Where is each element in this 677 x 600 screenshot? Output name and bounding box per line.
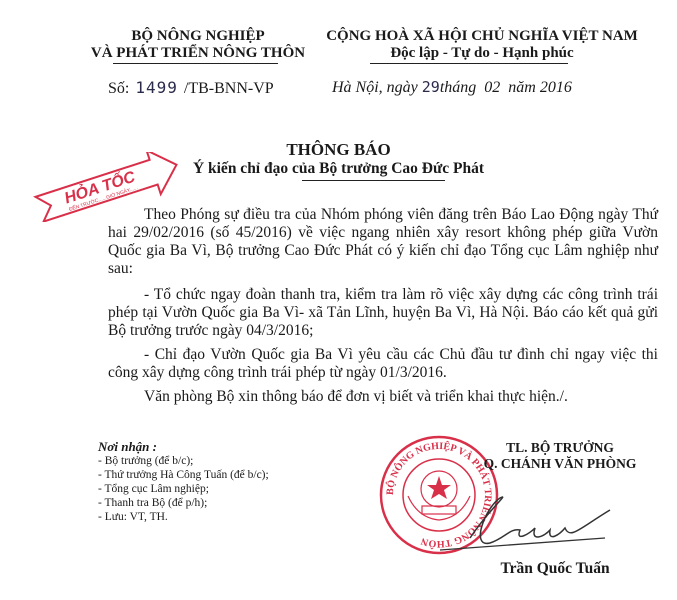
signer-block: TL. BỘ TRƯỞNG Q. CHÁNH VĂN PHÒNG xyxy=(450,440,670,472)
number-handwritten: 1499 xyxy=(135,78,178,97)
country-line-1: CỘNG HOÀ XÃ HỘI CHỦ NGHĨA VIỆT NAM xyxy=(312,28,652,45)
date-prefix: Hà Nội, ngày xyxy=(332,79,418,96)
date-suffix: tháng 02 năm 2016 xyxy=(440,79,572,96)
document-date: Hà Nội, ngày 29tháng 02 năm 2016 xyxy=(332,78,572,97)
signer-name: Trần Quốc Tuấn xyxy=(455,560,655,578)
document-number: Số:1499/TB-BNN-VP xyxy=(108,78,274,98)
signer-title-2: Q. CHÁNH VĂN PHÒNG xyxy=(450,456,670,472)
number-suffix: /TB-BNN-VP xyxy=(184,80,274,97)
recipients-heading: Nơi nhận : xyxy=(98,440,269,454)
recipient-item: - Bộ trưởng (để b/c); xyxy=(98,454,269,468)
country-header: CỘNG HOÀ XÃ HỘI CHỦ NGHĨA VIỆT NAM Độc l… xyxy=(312,28,652,62)
subtitle-underline xyxy=(302,180,445,181)
body-closing: Văn phòng Bộ xin thông báo để đơn vị biế… xyxy=(108,388,658,406)
motto-underline xyxy=(370,63,568,64)
recipient-item: - Tổng cục Lâm nghiệp; xyxy=(98,482,269,496)
recipient-item: - Thứ trưởng Hà Công Tuấn (để b/c); xyxy=(98,468,269,482)
recipients-list: Nơi nhận : - Bộ trưởng (để b/c); - Thứ t… xyxy=(98,440,269,524)
signer-title-1: TL. BỘ TRƯỞNG xyxy=(450,440,670,456)
agency-header: BỘ NÔNG NGHIỆP VÀ PHÁT TRIỂN NÔNG THÔN xyxy=(88,28,308,62)
number-prefix: Số: xyxy=(108,80,129,97)
agency-underline xyxy=(113,63,278,64)
recipient-item: - Thanh tra Bộ (để p/h); xyxy=(98,496,269,510)
agency-line-1: BỘ NÔNG NGHIỆP xyxy=(88,28,308,45)
date-day-handwritten: 29 xyxy=(422,78,440,96)
country-motto: Độc lập - Tự do - Hạnh phúc xyxy=(312,45,652,62)
body-item-1: - Tổ chức ngay đoàn thanh tra, kiểm tra … xyxy=(108,286,658,340)
signature-icon xyxy=(430,488,620,558)
body-intro: Theo Phóng sự điều tra của Nhóm phóng vi… xyxy=(108,206,658,278)
body-item-2: - Chỉ đạo Vườn Quốc gia Ba Vì yêu cầu cá… xyxy=(108,346,658,382)
recipient-item: - Lưu: VT, TH. xyxy=(98,510,269,524)
notice-subtitle: Ý kiến chỉ đạo của Bộ trưởng Cao Đức Phá… xyxy=(0,160,677,178)
agency-line-2: VÀ PHÁT TRIỂN NÔNG THÔN xyxy=(88,45,308,62)
notice-title: THÔNG BÁO xyxy=(0,140,677,160)
